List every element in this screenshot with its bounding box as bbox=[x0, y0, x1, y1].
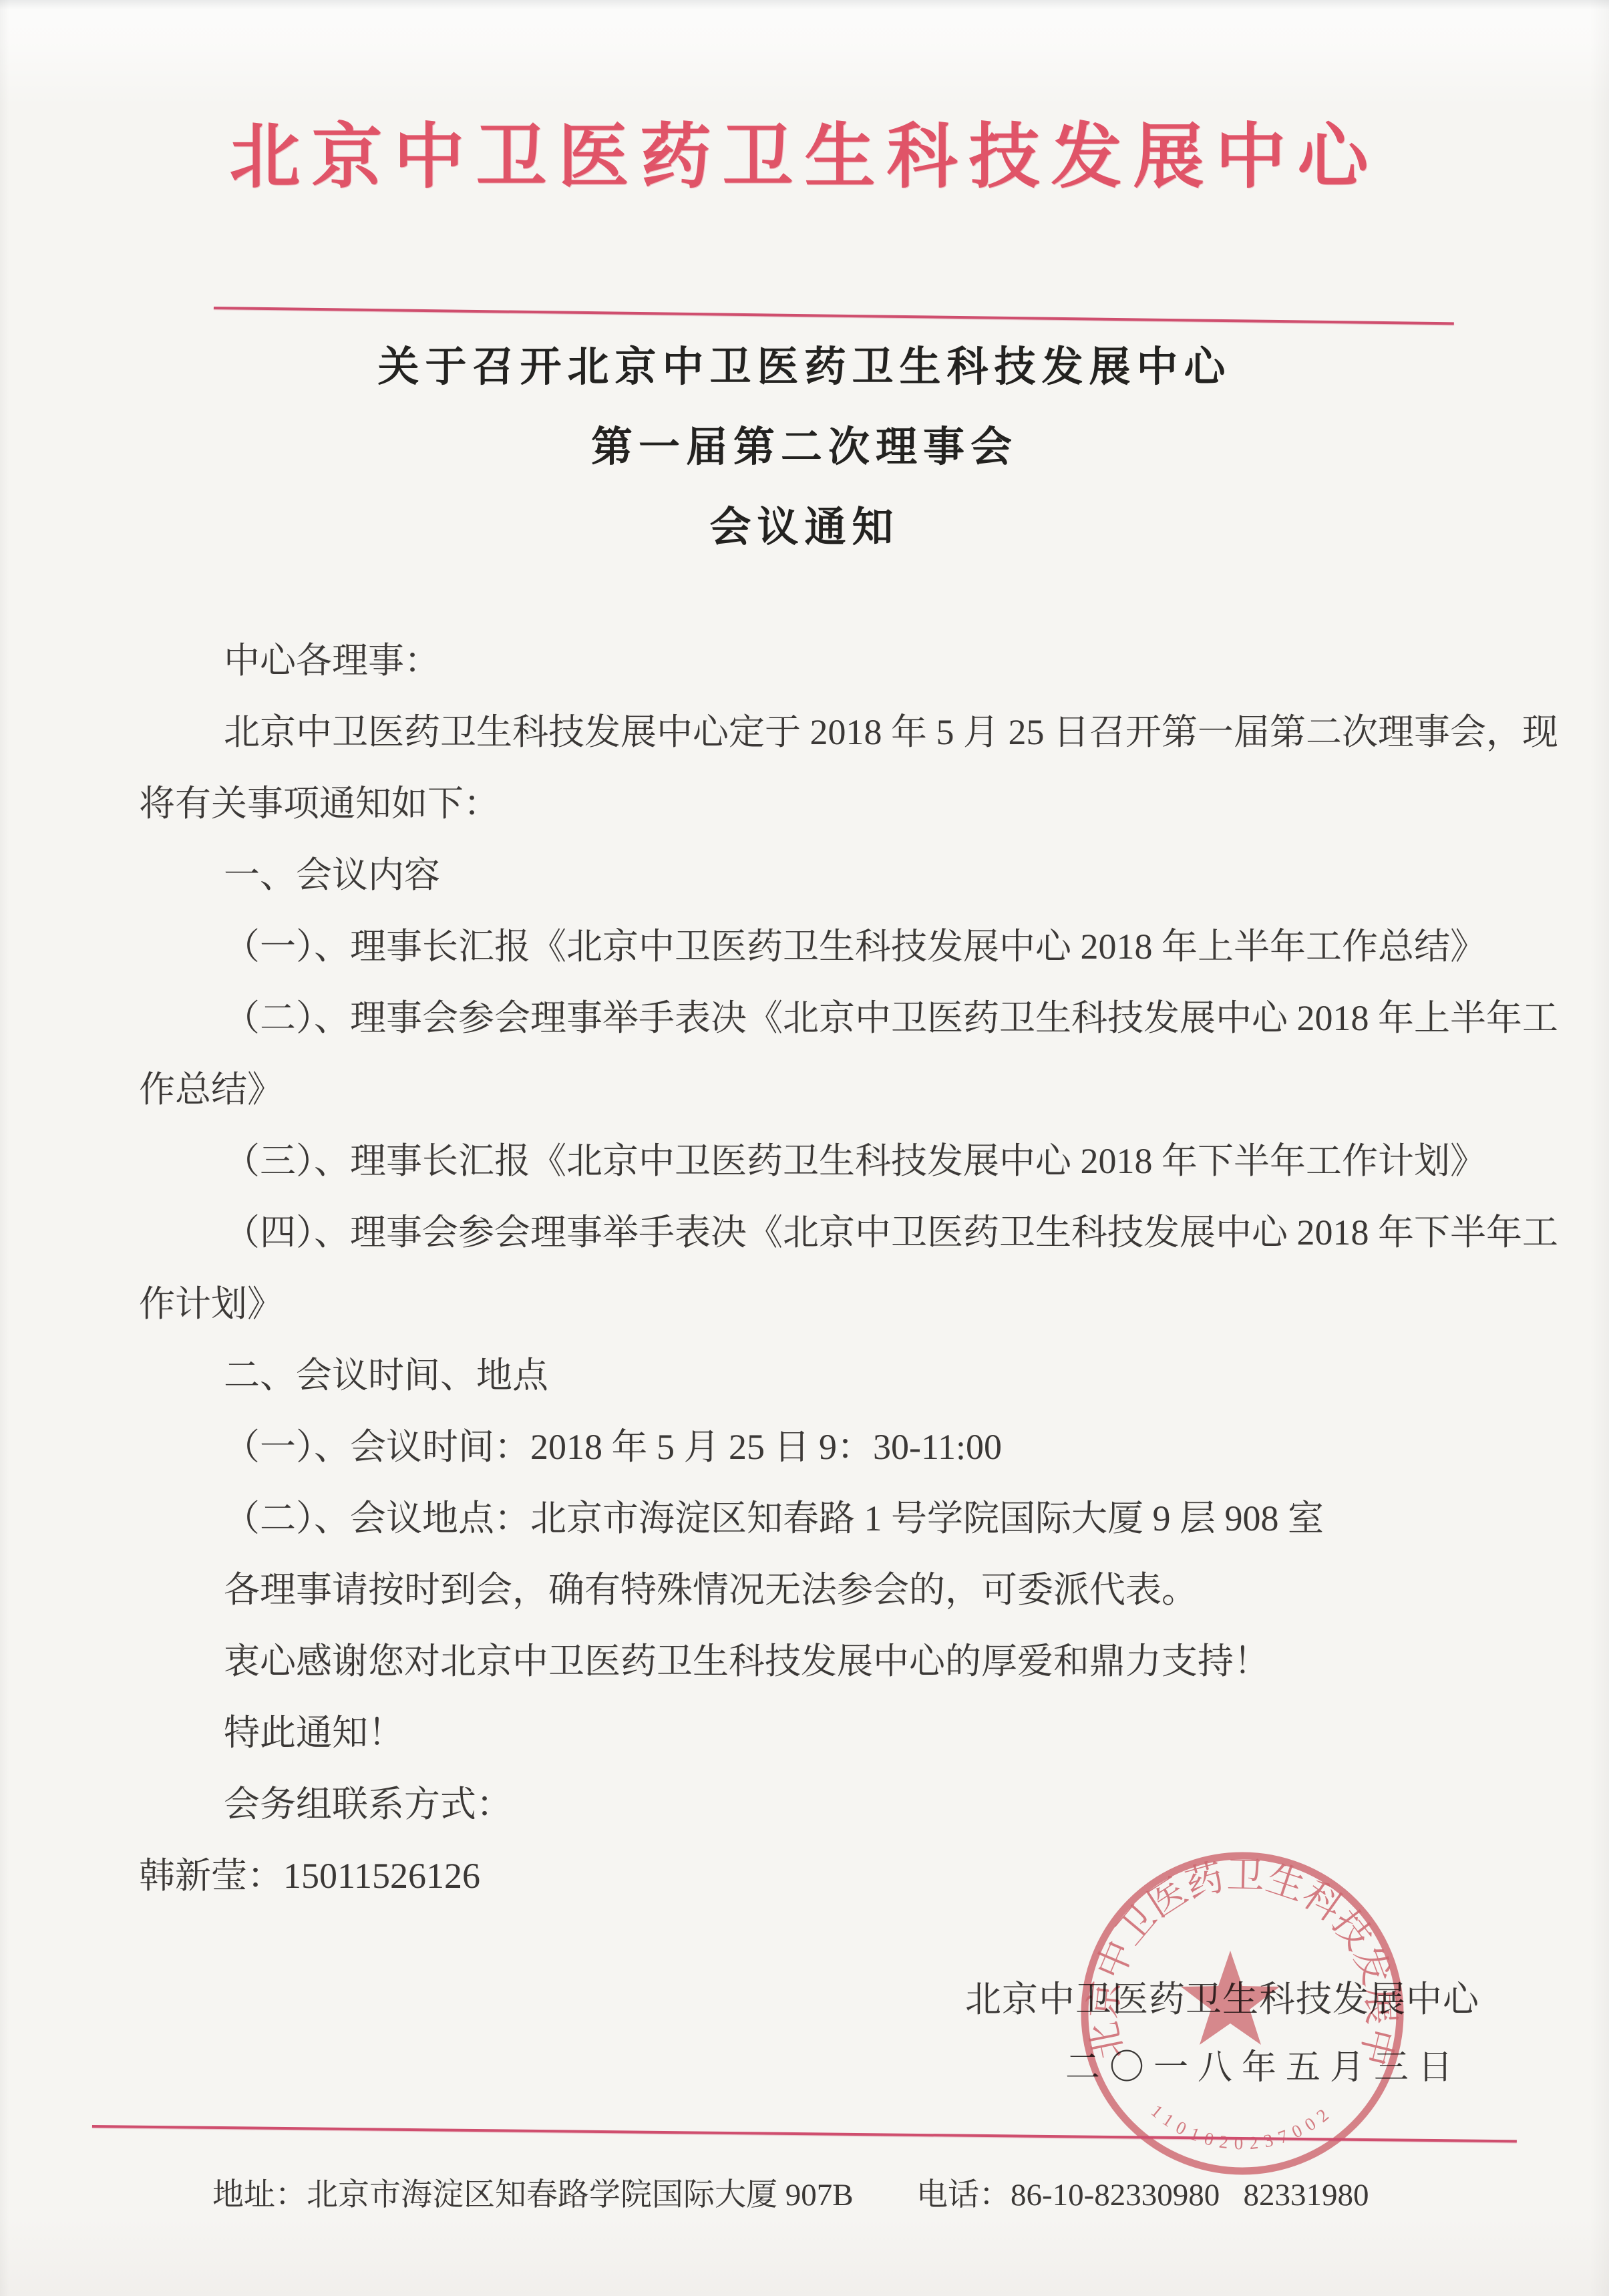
footer-phone: 电话：86-10-82330980 82331980 bbox=[916, 2170, 1369, 2215]
footer: 地址：北京市海淀区知春路学院国际大厦 907B 电话：86-10-8233098… bbox=[0, 2170, 1609, 2217]
body-line-meeting-place: （二）、会议地点：北京市海淀区知春路 1 号学院国际大厦 9 层 908 室 bbox=[139, 1483, 1481, 1554]
body-line: 作计划》 bbox=[139, 1269, 1481, 1340]
body-line-item-2: （二）、理事会参会理事举手表决《北京中卫医药卫生科技发展中心 2018 年上半年… bbox=[139, 983, 1481, 1054]
seal-star-icon bbox=[1181, 1951, 1280, 2045]
body-text-block: 中心各理事： 北京中卫医药卫生科技发展中心定于 2018 年 5 月 25 日召… bbox=[139, 625, 1481, 1912]
body-line-item-1: （一）、理事长汇报《北京中卫医药卫生科技发展中心 2018 年上半年工作总结》 bbox=[139, 911, 1481, 983]
body-line-item-3: （三）、理事长汇报《北京中卫医药卫生科技发展中心 2018 年下半年工作计划》 bbox=[139, 1126, 1481, 1197]
document-page: 北京中卫医药卫生科技发展中心 关于召开北京中卫医药卫生科技发展中心 第一届第二次… bbox=[0, 0, 1609, 2296]
doc-title-line-2: 第一届第二次理事会 bbox=[0, 414, 1609, 481]
footer-address: 地址：北京市海淀区知春路学院国际大厦 907B bbox=[212, 2170, 854, 2215]
body-line: 衷心感谢您对北京中卫医药卫生科技发展中心的厚爱和鼎力支持！ bbox=[139, 1626, 1481, 1697]
body-line-section-1: 一、会议内容 bbox=[139, 840, 1481, 911]
doc-title-line-3: 会议通知 bbox=[0, 494, 1609, 561]
body-line-section-2: 二、会议时间、地点 bbox=[139, 1340, 1481, 1412]
body-line: 作总结》 bbox=[139, 1054, 1481, 1126]
seal-arc-text: 北京中卫医药卫生科技发展中心 bbox=[1075, 1846, 1401, 2070]
body-line-salutation: 中心各理事： bbox=[139, 625, 1481, 697]
body-line: 将有关事项通知如下： bbox=[139, 768, 1481, 840]
doc-title-line-1: 关于召开北京中卫医药卫生科技发展中心 bbox=[0, 334, 1609, 401]
letterhead-org-name: 北京中卫医药卫生科技发展中心 bbox=[0, 100, 1609, 187]
body-line-meeting-time: （一）、会议时间：2018 年 5 月 25 日 9：30-11:00 bbox=[139, 1412, 1481, 1483]
letterhead-divider-rule bbox=[214, 307, 1454, 325]
body-line-item-4: （四）、理事会参会理事举手表决《北京中卫医药卫生科技发展中心 2018 年下半年… bbox=[139, 1197, 1481, 1269]
body-line: 特此通知！ bbox=[139, 1697, 1481, 1769]
official-seal: 北京中卫医药卫生科技发展中心 1101020237002 bbox=[1075, 1846, 1409, 2180]
body-line-contact-label: 会务组联系方式： bbox=[139, 1769, 1481, 1840]
body-line: 北京中卫医药卫生科技发展中心定于 2018 年 5 月 25 日召开第一届第二次… bbox=[139, 697, 1481, 768]
seal-serial-number: 1101020237002 bbox=[1147, 2101, 1338, 2154]
body-line: 各理事请按时到会，确有特殊情况无法参会的，可委派代表。 bbox=[139, 1554, 1481, 1626]
